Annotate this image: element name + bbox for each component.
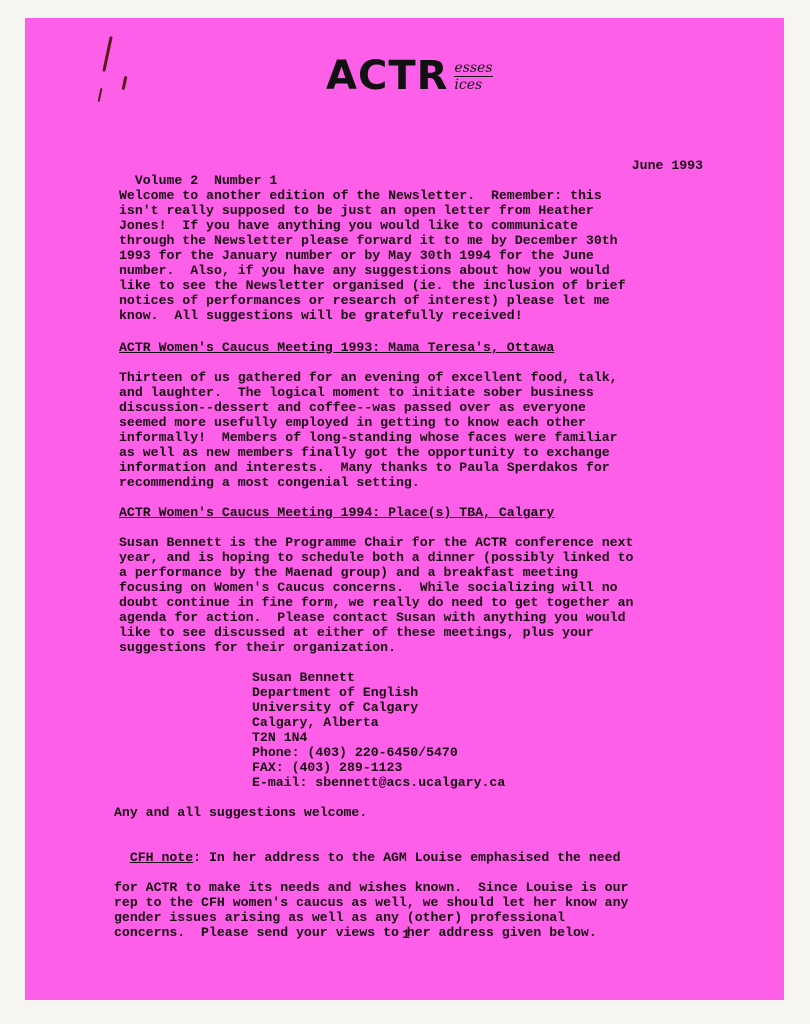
text-line: 1993 for the January number or by May 30… [119, 248, 625, 263]
text-line: like to see discussed at either of these… [119, 625, 633, 640]
logo-main-text: ACTR [326, 56, 448, 96]
cfh-note-label: CFH note [130, 850, 193, 865]
text-line: recommending a most congenial setting. [119, 475, 618, 490]
logo-suffix: esses ices [454, 61, 492, 92]
page-number: 1 [402, 927, 410, 942]
text-line: like to see the Newsletter organised (ie… [119, 278, 625, 293]
text-line: notices of performances or research of i… [119, 293, 625, 308]
text-line: concerns. Please send your views to her … [114, 925, 628, 940]
text-line: Susan Bennett is the Programme Chair for… [119, 535, 633, 550]
text-line: for ACTR to make its needs and wishes kn… [114, 880, 628, 895]
text-line: a performance by the Maenad group) and a… [119, 565, 633, 580]
actr-logo: ACTR esses ices [326, 56, 493, 96]
logo-suffix-top: esses [454, 61, 492, 77]
text-line: focusing on Women's Caucus concerns. Whi… [119, 580, 633, 595]
text-line: number. Also, if you have any suggestion… [119, 263, 625, 278]
cfh-note-paragraph: CFH note: In her address to the AGM Loui… [114, 835, 628, 955]
section-1994-paragraph: Susan Bennett is the Programme Chair for… [119, 535, 633, 655]
text-line: know. All suggestions will be gratefully… [119, 308, 625, 323]
text-line: informally! Members of long-standing who… [119, 430, 618, 445]
address-line: Susan Bennett [252, 670, 505, 685]
address-line: E-mail: sbennett@acs.ucalgary.ca [252, 775, 505, 790]
address-line: Phone: (403) 220-6450/5470 [252, 745, 505, 760]
address-line: Calgary, Alberta [252, 715, 505, 730]
volume-number: Volume 2 Number 1 [135, 173, 277, 188]
address-line: University of Calgary [252, 700, 505, 715]
text-line: through the Newsletter please forward it… [119, 233, 625, 248]
logo-suffix-bottom: ices [454, 77, 492, 92]
text-line: agenda for action. Please contact Susan … [119, 610, 633, 625]
text-line: rep to the CFH women's caucus as well, w… [114, 895, 628, 910]
text-line: suggestions for their organization. [119, 640, 633, 655]
contact-address: Susan BennettDepartment of EnglishUniver… [252, 670, 505, 790]
text-line: Jones! If you have anything you would li… [119, 218, 625, 233]
text-line: doubt continue in fine form, we really d… [119, 595, 633, 610]
address-line: Department of English [252, 685, 505, 700]
text-line: isn't really supposed to be just an open… [119, 203, 625, 218]
cfh-note-body: for ACTR to make its needs and wishes kn… [114, 880, 628, 940]
intro-paragraph: Welcome to another edition of the Newsle… [119, 188, 625, 323]
cfh-note-first-line: : In her address to the AGM Louise empha… [193, 850, 620, 865]
address-line: FAX: (403) 289-1123 [252, 760, 505, 775]
text-line: information and interests. Many thanks t… [119, 460, 618, 475]
text-line: and laughter. The logical moment to init… [119, 385, 618, 400]
text-line: Welcome to another edition of the Newsle… [119, 188, 625, 203]
closing-line: Any and all suggestions welcome. [114, 805, 367, 820]
text-line: as well as new members finally got the o… [119, 445, 618, 460]
section-1993-paragraph: Thirteen of us gathered for an evening o… [119, 370, 618, 490]
text-line: year, and is hoping to schedule both a d… [119, 550, 633, 565]
issue-date: June 1993 [632, 158, 703, 173]
text-line: discussion--dessert and coffee--was pass… [119, 400, 618, 415]
section-heading-1993: ACTR Women's Caucus Meeting 1993: Mama T… [119, 340, 554, 355]
text-line: gender issues arising as well as any (ot… [114, 910, 628, 925]
text-line: seemed more usefully employed in getting… [119, 415, 618, 430]
text-line: Thirteen of us gathered for an evening o… [119, 370, 618, 385]
address-line: T2N 1N4 [252, 730, 505, 745]
section-heading-1994: ACTR Women's Caucus Meeting 1994: Place(… [119, 505, 554, 520]
